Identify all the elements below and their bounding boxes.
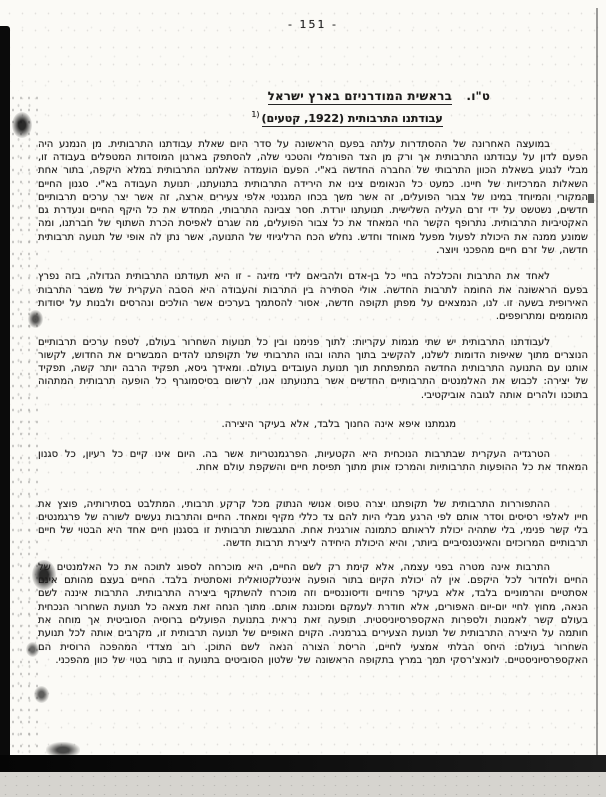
emphasis-line: מגמתנו איפא אינה החנוך בלבד, אלא בעיקר ה… [38, 418, 456, 431]
scan-smudge [34, 686, 49, 703]
document-text-block: - 151 - ט"ו. בראשית המודרניזם בארץ ישראל… [38, 18, 588, 667]
paragraph-4: הטרגדיה העקרית שבתרבות הנוכחית היא הקטעי… [38, 448, 588, 475]
scanned-page: - 151 - ט"ו. בראשית המודרניזם בארץ ישראל… [0, 0, 606, 797]
paragraph-3: לעבודתנו התרבותית יש שתי מגמות עקריות: ל… [38, 336, 588, 402]
scan-strip-below-edge [0, 772, 606, 797]
paragraph-2: לאחד את התרבות והכלכלה בחיי כל בן-אדם ול… [38, 270, 588, 323]
paragraph-1: במועצה האחרונה של ההסתדרות עלתה בפעם הרא… [38, 138, 588, 258]
essay-subtitle-line: עבודתנו התרבותית (1922, קטעים)(1 [72, 110, 606, 125]
scan-edge-bottom [0, 755, 606, 772]
paragraph-6: התרבות אינה מטרה בפני עצמה, אלא קימת רק … [38, 561, 588, 667]
footnote-marker: (1 [251, 110, 259, 119]
page-number: - 151 - [38, 18, 588, 31]
scan-smudge [12, 112, 32, 138]
section-title: בראשית המודרניזם בארץ ישראל [268, 89, 452, 105]
section-heading: ט"ו. בראשית המודרניזם בארץ ישראל [104, 89, 606, 103]
essay-title: עבודתנו התרבותית (1922, קטעים) [262, 112, 443, 127]
paragraph-5: ההתפוררות התרבותית של תקופתנו יצרה טפוס … [38, 498, 588, 551]
section-number: ט"ו. [467, 89, 491, 103]
scan-edge-left [0, 26, 10, 772]
scan-noise-left-margin [8, 90, 38, 760]
scan-mark-right-margin [588, 194, 594, 203]
